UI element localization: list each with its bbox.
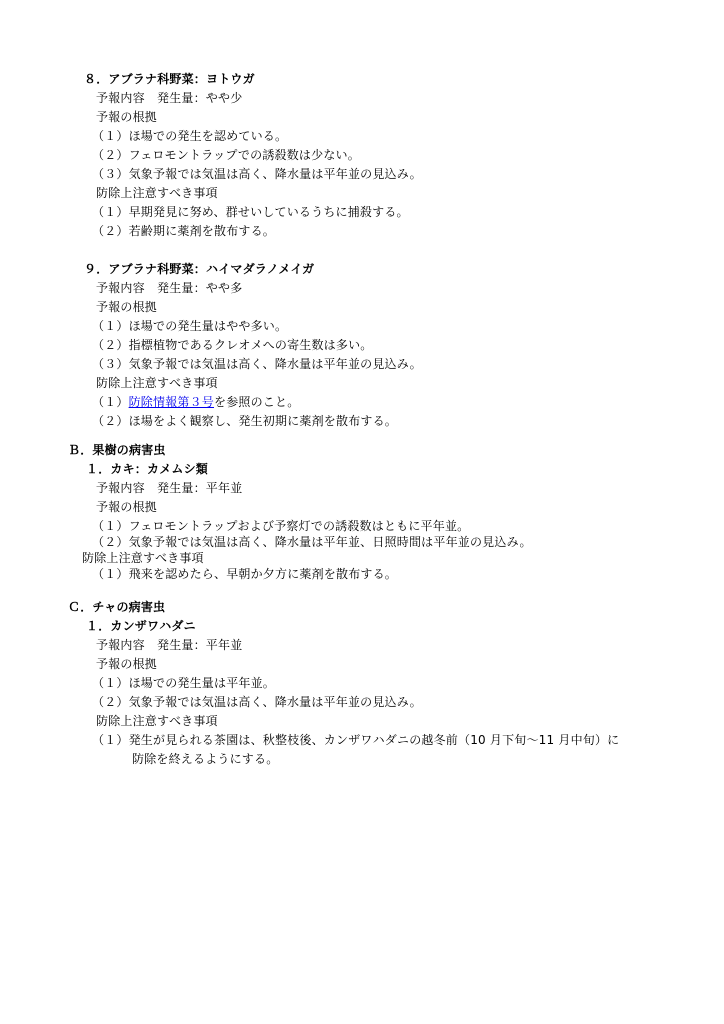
section-9-forecast: 予報内容 発生量：やや多 xyxy=(96,281,242,295)
section-b-basis-1: （１）フェロモントラップおよび予察灯での誘殺数はともに平年並。 xyxy=(92,519,469,533)
section-9-basis-1: （１）ほ場での発生量はやや多い。 xyxy=(92,319,287,333)
section-9-title: ９．アブラナ科野菜：ハイマダラノメイガ xyxy=(84,262,314,276)
section-c-basis-label: 予報の根拠 xyxy=(96,657,157,671)
section-9-basis-label: 予報の根拠 xyxy=(96,300,157,314)
section-8-control-1: （１）早期発見に努め、群せいしているうちに捕殺する。 xyxy=(92,205,409,219)
section-8-basis-3: （３）気象予報では気温は高く、降水量は平年並の見込み。 xyxy=(92,167,422,181)
section-9-basis-2: （２）指標植物であるクレオメへの寄生数は多い。 xyxy=(92,338,372,352)
section-b-basis-label: 予報の根拠 xyxy=(96,500,157,514)
section-8-control-label: 防除上注意すべき事項 xyxy=(96,186,218,200)
section-c-control-label: 防除上注意すべき事項 xyxy=(96,714,218,728)
section-b-basis-2: （２）気象予報では気温は高く、降水量は平年並、日照時間は平年並の見込み。 xyxy=(92,535,532,549)
section-b-title: １．カキ：カメムシ類 xyxy=(86,462,208,476)
section-b-control-label: 防除上注意すべき事項 xyxy=(82,551,204,565)
section-9-control-label: 防除上注意すべき事項 xyxy=(96,376,218,390)
section-8-control-2: （２）若齢期に薬剤を散布する。 xyxy=(92,224,275,238)
section-c-basis-1: （１）ほ場での発生量は平年並。 xyxy=(92,676,275,690)
section-9-basis-3: （３）気象予報では気温は高く、降水量は平年並の見込み。 xyxy=(92,357,422,371)
section-b-heading: Ｂ．果樹の病害虫 xyxy=(68,443,166,457)
section-8-basis-2: （２）フェロモントラップでの誘殺数は少ない。 xyxy=(92,148,360,162)
section-c-title: １．カンザワハダニ xyxy=(86,619,196,633)
section-b-forecast: 予報内容 発生量：平年並 xyxy=(96,481,242,495)
section-8-basis-1: （１）ほ場での発生を認めている。 xyxy=(92,129,287,143)
section-c-forecast: 予報内容 発生量：平年並 xyxy=(96,638,242,652)
section-b-control-1: （１）飛来を認めたら、早朝か夕方に薬剤を散布する。 xyxy=(92,567,397,581)
control-info-link[interactable]: 防除情報第３号 xyxy=(129,395,214,409)
section-8-basis-label: 予報の根拠 xyxy=(96,110,157,124)
section-9-control-2: （２）ほ場をよく観察し、発生初期に薬剤を散布する。 xyxy=(92,414,397,428)
control-1-suffix: を参照のこと。 xyxy=(214,395,299,409)
section-8-title: ８．アブラナ科野菜：ヨトウガ xyxy=(84,72,255,86)
section-c-heading: Ｃ．チャの病害虫 xyxy=(68,600,165,614)
section-c-basis-2: （２）気象予報では気温は高く、降水量は平年並の見込み。 xyxy=(92,695,422,709)
control-1-prefix: （１） xyxy=(92,395,129,409)
section-9-control-1: （１）防除情報第３号を参照のこと。 xyxy=(92,395,299,409)
section-c-control-1-line2: 防除を終えるようにする。 xyxy=(132,752,278,766)
section-8-forecast: 予報内容 発生量：やや少 xyxy=(96,91,242,105)
section-c-control-1-line1: （１）発生が見られる茶園は、秋整枝後、カンザワハダニの越冬前（10 月下旬～11… xyxy=(92,733,619,747)
